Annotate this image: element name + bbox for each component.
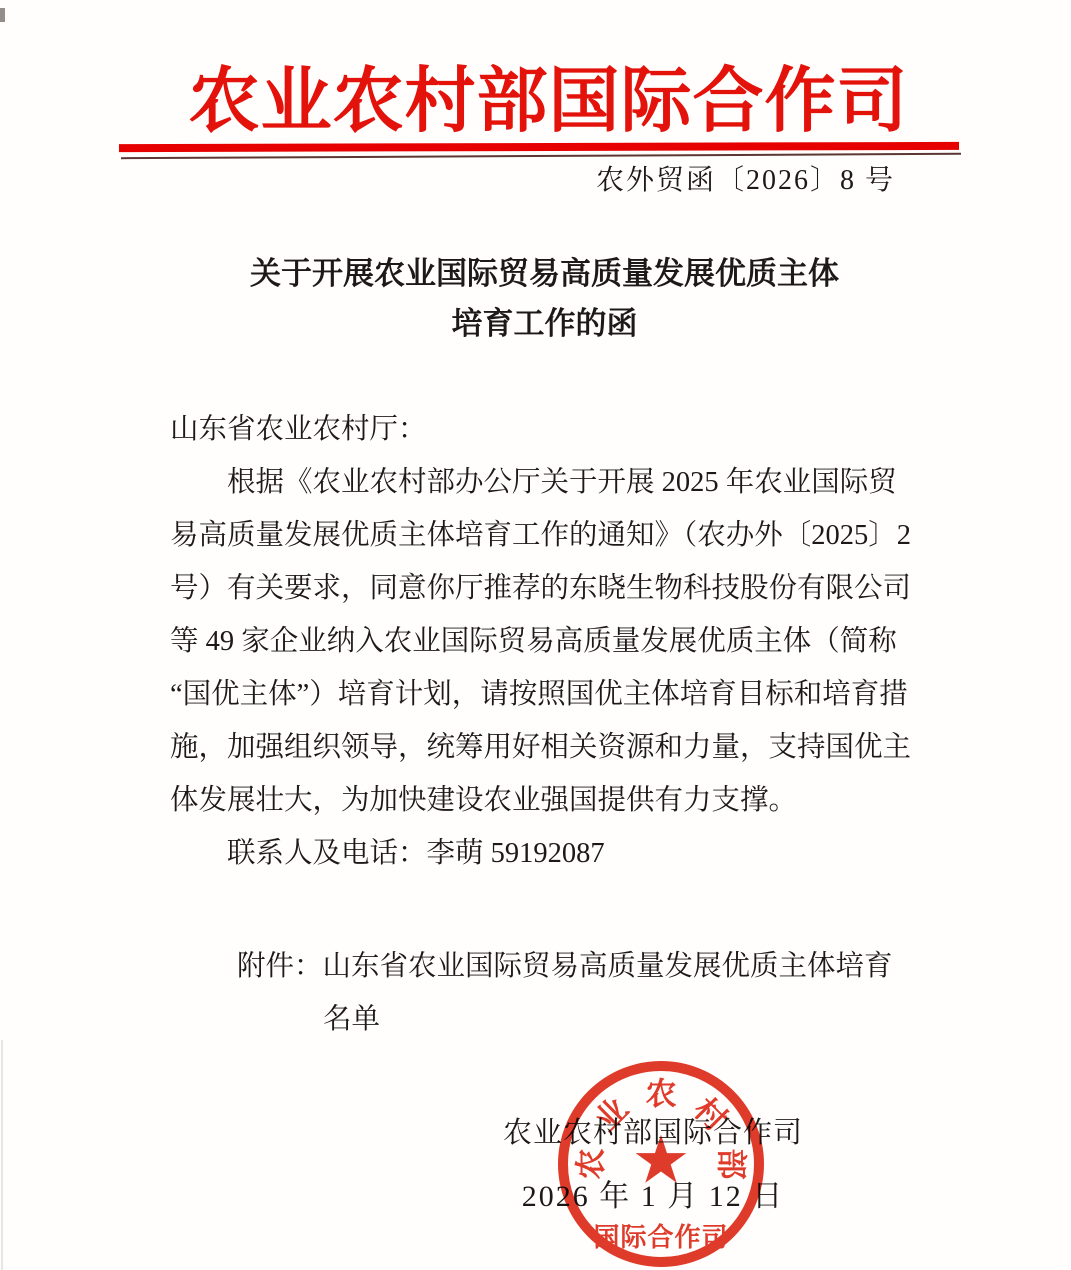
letterhead-red-rule [119,142,959,152]
body-line: 联系人及电话：李萌 59192087 [170,827,920,880]
document-title: 关于开展农业国际贸易高质量发展优质主体 培育工作的函 [0,249,1071,349]
body-line: 易高质量发展优质主体培育工作的通知》（农办外〔2025〕2 [170,509,920,562]
official-seal: ★ 国际合作司 农业农村部 [558,1061,764,1267]
seal-arc-char: 部 [716,1149,747,1180]
body-text: 山东省农业农村厅：根据《农业农村部办公厅关于开展 2025 年农业国际贸易高质量… [170,403,920,880]
document-page: 农业农村部国际合作司 农外贸函〔2026〕8 号 关于开展农业国际贸易高质量发展… [0,0,1071,1270]
scan-artifact [0,8,5,22]
document-title-line1: 关于开展农业国际贸易高质量发展优质主体 [18,249,1071,299]
attachment-line1: 附件：山东省农业国际贸易高质量发展优质主体培育 [170,940,950,993]
seal-arc-char: 农 [646,1079,677,1110]
body-line: 体发展壮大，为加快建设农业强国提供有力支撑。 [170,774,920,827]
seal-bottom-text: 国际合作司 [593,1217,728,1254]
attachment-line2: 名单 [170,993,950,1046]
body-line: 山东省农业农村厅： [170,403,920,456]
body-line: “国优主体”）培育计划，请按照国优主体培育目标和培育措 [170,668,920,721]
document-title-line2: 培育工作的函 [18,299,1071,349]
body-line: 号）有关要求，同意你厅推荐的东晓生物科技股份有限公司 [170,562,920,615]
letterhead-org-title: 农业农村部国际合作司 [0,44,1071,146]
body-line: 施，加强组织领导，统筹用好相关资源和力量，支持国优主 [170,721,920,774]
seal-arc-char: 业 [590,1093,634,1137]
seal-star-icon: ★ [631,1128,690,1194]
attachment-block: 附件：山东省农业国际贸易高质量发展优质主体培育 名单 [170,940,950,1046]
seal-arc-char: 村 [689,1093,733,1137]
body-line: 根据《农业农村部办公厅关于开展 2025 年农业国际贸 [170,456,920,509]
body-line: 等 49 家企业纳入农业国际贸易高质量发展优质主体（简称 [170,615,920,668]
scan-edge-line [1,1040,3,1270]
seal-arc-char: 农 [576,1149,607,1180]
doc-number: 农外贸函〔2026〕8 号 [596,158,895,198]
